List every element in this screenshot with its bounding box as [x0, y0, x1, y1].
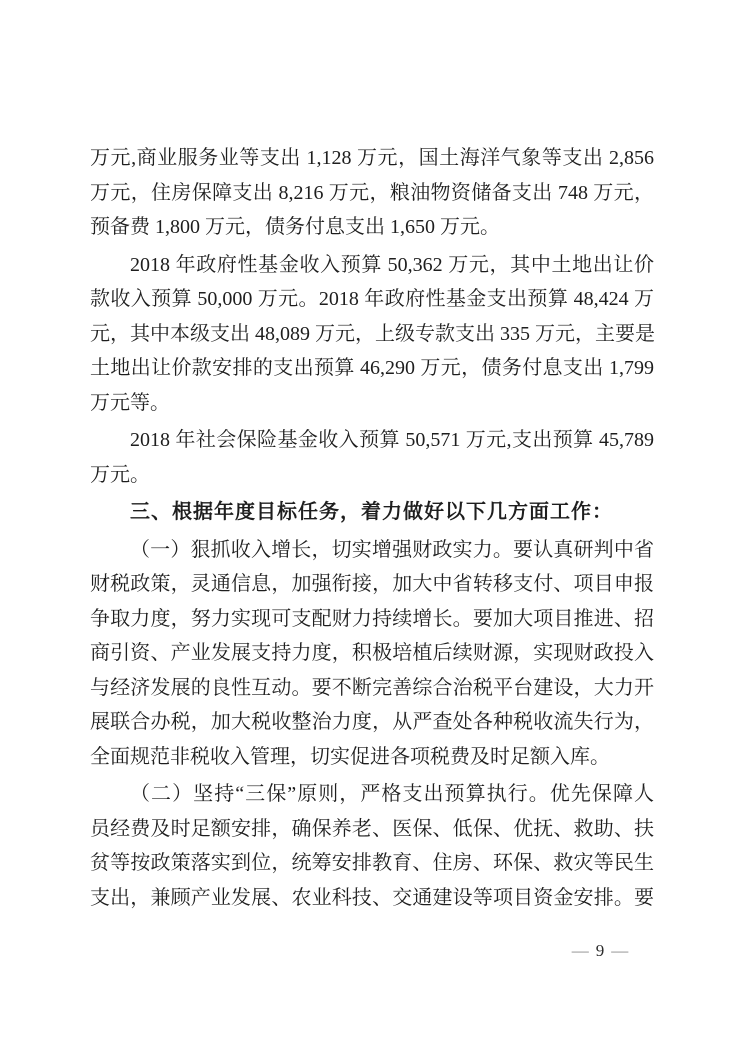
- text-line: 贫等按政策落实到位，统筹安排教育、住房、环保、救灾等民生: [90, 846, 654, 881]
- body-paragraph: 2018 年社会保险基金收入预算 50,571 万元,支出预算 45,789万元…: [90, 423, 654, 492]
- text-line: 款收入预算 50,000 万元。2018 年政府性基金支出预算 48,424 万: [90, 282, 654, 317]
- text-line: 支出，兼顾产业发展、农业科技、交通建设等项目资金安排。要: [90, 881, 654, 916]
- text-line: 万元等。: [90, 386, 654, 421]
- body-paragraph: （一）狠抓收入增长，切实增强财政实力。要认真研判中省财税政策，灵通信息，加强衔接…: [90, 533, 654, 775]
- document-page: 万元,商业服务业等支出 1,128 万元，国土海洋气象等支出 2,856万元，住…: [0, 0, 743, 1052]
- text-line: 万元，住房保障支出 8,216 万元，粮油物资储备支出 748 万元，: [90, 176, 654, 211]
- text-line: （二）坚持“三保”原则，严格支出预算执行。优先保障人: [90, 777, 654, 812]
- section-heading: 三、根据年度目标任务，着力做好以下几方面工作：: [90, 495, 654, 530]
- text-line: 土地出让价款安排的支出预算 46,290 万元，债务付息支出 1,799: [90, 351, 654, 386]
- text-line: 元，其中本级支出 48,089 万元，上级专款支出 335 万元，主要是: [90, 317, 654, 352]
- text-line: 全面规范非税收入管理，切实促进各项税费及时足额入库。: [90, 740, 654, 775]
- text-line: 三、根据年度目标任务，着力做好以下几方面工作：: [90, 495, 654, 530]
- text-line: 商引资、产业发展支持力度，积极培植后续财源，实现财政投入: [90, 636, 654, 671]
- page-number-dash-left: —: [565, 941, 596, 960]
- text-line: 万元。: [90, 458, 654, 493]
- page-number-dash-right: —: [604, 941, 635, 960]
- text-line: 争取力度，努力实现可支配财力持续增长。要加大项目推进、招: [90, 602, 654, 637]
- text-line: 员经费及时足额安排，确保养老、医保、低保、优抚、救助、扶: [90, 812, 654, 847]
- document-body: 万元,商业服务业等支出 1,128 万元，国土海洋气象等支出 2,856万元，住…: [90, 141, 654, 918]
- text-line: 预备费 1,800 万元，债务付息支出 1,650 万元。: [90, 210, 654, 245]
- text-line: 万元,商业服务业等支出 1,128 万元，国土海洋气象等支出 2,856: [90, 141, 654, 176]
- page-footer: —9—: [552, 940, 648, 962]
- text-line: 2018 年社会保险基金收入预算 50,571 万元,支出预算 45,789: [90, 423, 654, 458]
- page-number: 9: [596, 941, 605, 960]
- text-line: 与经济发展的良性互动。要不断完善综合治税平台建设，大力开: [90, 671, 654, 706]
- body-paragraph: 万元,商业服务业等支出 1,128 万元，国土海洋气象等支出 2,856万元，住…: [90, 141, 654, 245]
- body-paragraph: （二）坚持“三保”原则，严格支出预算执行。优先保障人员经费及时足额安排，确保养老…: [90, 777, 654, 915]
- text-line: （一）狠抓收入增长，切实增强财政实力。要认真研判中省: [90, 533, 654, 568]
- body-paragraph: 2018 年政府性基金收入预算 50,362 万元，其中土地出让价款收入预算 5…: [90, 248, 654, 421]
- text-line: 2018 年政府性基金收入预算 50,362 万元，其中土地出让价: [90, 248, 654, 283]
- text-line: 财税政策，灵通信息，加强衔接，加大中省转移支付、项目申报: [90, 567, 654, 602]
- text-line: 展联合办税，加大税收整治力度，从严查处各种税收流失行为，: [90, 705, 654, 740]
